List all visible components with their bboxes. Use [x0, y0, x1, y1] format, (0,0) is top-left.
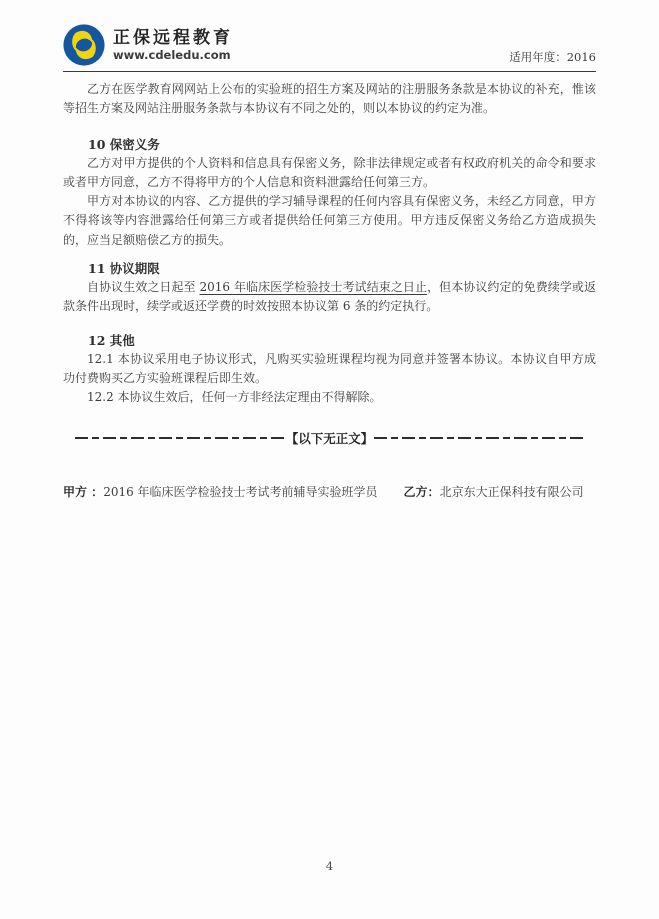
- divider-dash-right: [374, 437, 584, 439]
- section-12-paragraph-2: 12.2 本协议生效后，任何一方非经法定理由不得解除。: [63, 388, 596, 407]
- party-a-label: 甲方 ：: [63, 483, 103, 501]
- page-header: 正保远程教育 www.cdeledu.com 适用年度：2016: [63, 0, 596, 72]
- intro-paragraph: 乙方在医学教育网网站上公布的实验班的招生方案及网站的注册服务条款是本协议的补充，…: [63, 80, 596, 119]
- end-of-text-divider: 【以下无正文】: [63, 429, 596, 447]
- company-logo-icon: [63, 24, 105, 66]
- brand-block: 正保远程教育 www.cdeledu.com: [63, 24, 233, 66]
- term-prefix: 自协议生效之日起至: [87, 280, 200, 294]
- party-a-value: 2016 年临床医学检验技士考试考前辅导实验班学员: [103, 483, 377, 501]
- section-11-heading: 11 协议期限: [63, 259, 596, 278]
- party-b-label: 乙方：: [404, 483, 440, 501]
- section-10-heading: 10 保密义务: [63, 135, 596, 154]
- brand-url: www.cdeledu.com: [113, 48, 233, 62]
- party-b-value: 北京东大正保科技有限公司: [440, 483, 584, 501]
- section-12-heading: 12 其他: [63, 331, 596, 350]
- section-10-paragraph-2: 甲方对本协议的内容、乙方提供的学习辅导课程的任何内容具有保密义务，未经乙方同意，…: [63, 192, 596, 250]
- brand-text: 正保远程教育 www.cdeledu.com: [113, 28, 233, 62]
- section-11-paragraph-1: 自协议生效之日起至 2016 年临床医学检验技士考试结束之日止，但本协议约定的免…: [63, 278, 596, 317]
- signature-row: 甲方 ： 2016 年临床医学检验技士考试考前辅导实验班学员 乙方： 北京东大正…: [63, 483, 596, 501]
- brand-name: 正保远程教育: [113, 28, 233, 48]
- term-underlined-date: 2016 年临床医学检验技士考试结束之日止: [200, 280, 428, 294]
- page-number: 4: [0, 859, 659, 873]
- document-page: 正保远程教育 www.cdeledu.com 适用年度：2016 乙方在医学教育…: [0, 0, 659, 919]
- end-of-text-label: 【以下无正文】: [285, 429, 375, 447]
- applicable-year-label: 适用年度：2016: [509, 49, 596, 66]
- section-10-paragraph-1: 乙方对甲方提供的个人资料和信息具有保密义务，除非法律规定或者有权政府机关的命令和…: [63, 154, 596, 193]
- divider-dash-left: [75, 437, 285, 439]
- section-12-paragraph-1: 12.1 本协议采用电子协议形式，凡购买实验班课程均视为同意并签署本协议。本协议…: [63, 350, 596, 389]
